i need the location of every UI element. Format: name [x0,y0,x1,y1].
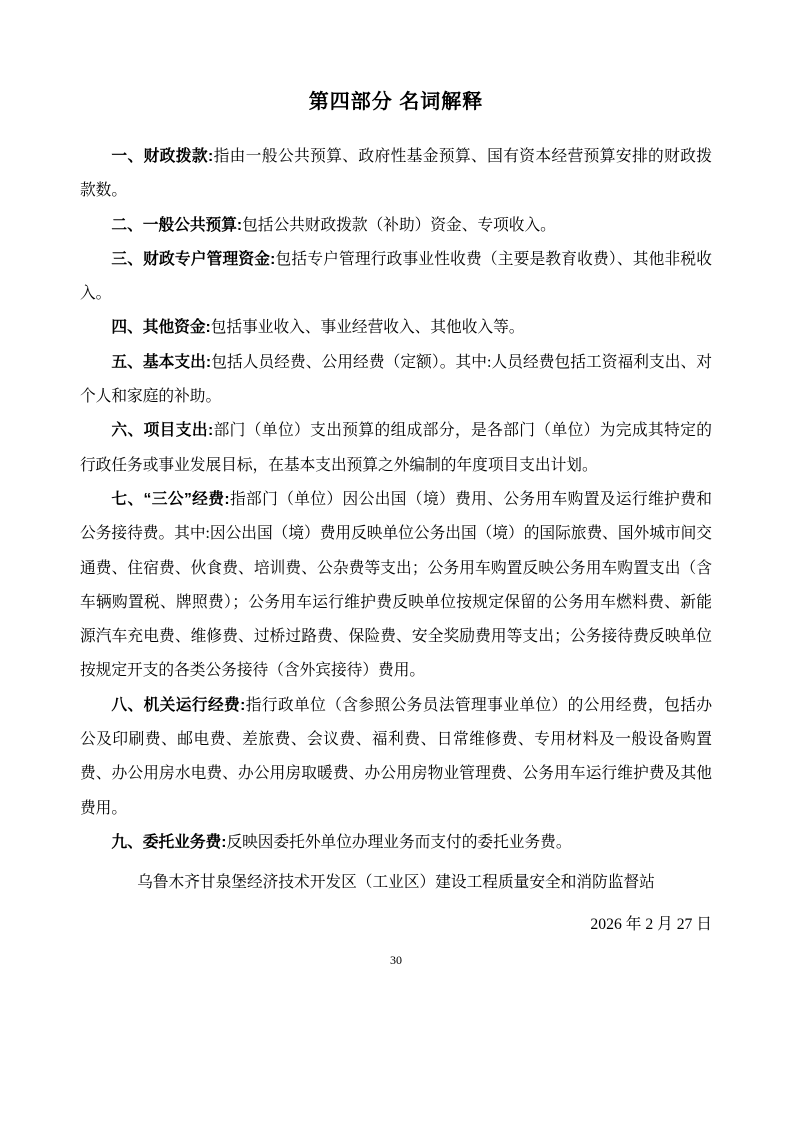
definition-item: 五、基本支出:包括人员经费、公用经费（定额）。其中:人员经费包括工资福利支出、对… [80,346,712,415]
definition-item: 六、项目支出:部门（单位）支出预算的组成部分，是各部门（单位）为完成其特定的行政… [80,414,712,483]
definition-item: 九、委托业务费:反映因委托外单位办理业务而支付的委托业务费。 [80,826,712,860]
issue-date: 2026 年 2 月 27 日 [80,908,712,942]
definition-item: 七、“三公”经费:指部门（单位）因公出国（境）费用、公务用车购置及运行维护费和公… [80,483,712,689]
term-definition: 包括公共财政拨款（补助）资金、专项收入。 [242,217,556,234]
term-label: 六、项目支出: [111,422,213,439]
term-label: 八、机关运行经费: [111,697,245,714]
term-label: 一、财政拨款: [111,148,213,165]
term-definition: 指行政单位（含参照公务员法管理事业单位）的公用经费，包括办公及印刷费、邮电费、差… [80,697,712,817]
document-page: 第四部分 名词解释 一、财政拨款:指由一般公共预算、政府性基金预算、国有资本经营… [0,0,793,1122]
definition-item: 八、机关运行经费:指行政单位（含参照公务员法管理事业单位）的公用经费，包括办公及… [80,689,712,826]
term-label: 五、基本支出: [111,354,211,371]
page-number: 30 [80,952,712,968]
glossary-content: 一、财政拨款:指由一般公共预算、政府性基金预算、国有资本经营预算安排的财政拨款数… [80,140,712,860]
term-definition: 指部门（单位）因公出国（境）费用、公务用车购置及运行维护费和公务接待费。其中:因… [80,491,712,679]
term-label: 三、财政专户管理资金: [111,251,275,268]
term-label: 四、其他资金: [111,319,210,336]
definition-item: 四、其他资金:包括事业收入、事业经营收入、其他收入等。 [80,311,712,345]
definition-item: 一、财政拨款:指由一般公共预算、政府性基金预算、国有资本经营预算安排的财政拨款数… [80,140,712,209]
section-title: 第四部分 名词解释 [80,88,712,116]
issuing-org: 乌鲁木齐甘泉堡经济技术开发区（工业区）建设工程质量安全和消防监督站 [80,866,712,900]
definition-item: 二、一般公共预算:包括公共财政拨款（补助）资金、专项收入。 [80,209,712,243]
term-label: 七、“三公”经费: [111,491,229,508]
term-definition: 包括事业收入、事业经营收入、其他收入等。 [211,319,525,336]
definition-item: 三、财政专户管理资金:包括专户管理行政事业性收费（主要是教育收费）、其他非税收入… [80,243,712,312]
term-label: 二、一般公共预算: [111,217,242,234]
term-label: 九、委托业务费: [111,834,226,851]
term-definition: 反映因委托外单位办理业务而支付的委托业务费。 [226,834,571,851]
